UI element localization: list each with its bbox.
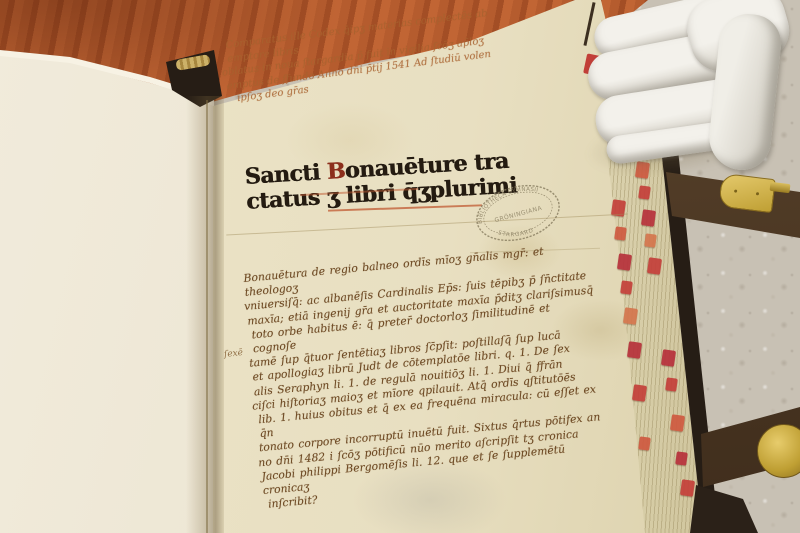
page-tab	[675, 451, 688, 465]
gutter-shadow	[186, 96, 224, 533]
page-tab	[661, 349, 676, 367]
manuscript-note: Bonauētura de regio balneo ordīs mīoʒ gn…	[243, 240, 611, 512]
stamp-text-middle: GRÖNINGIANA	[494, 205, 543, 225]
page-tab	[623, 307, 638, 325]
page-tab	[638, 185, 651, 199]
gutter-crease	[206, 100, 208, 533]
rubricated-initial: B	[326, 158, 346, 185]
page-tab	[614, 226, 627, 240]
page-tab	[644, 233, 657, 247]
page-tab	[647, 257, 662, 275]
page-tab	[620, 280, 633, 294]
page-tab	[670, 414, 685, 432]
marginal-note: ſexē	[224, 348, 244, 360]
page-tab	[680, 479, 695, 497]
page-tab	[665, 377, 678, 391]
photo-scene: Comparatus ille Codex q̄ipʒ materias com…	[0, 0, 800, 533]
page-tab	[638, 436, 651, 450]
page-tab	[632, 384, 647, 402]
page-tab	[617, 253, 632, 271]
page-tab	[627, 341, 642, 359]
page-tab	[641, 209, 656, 227]
